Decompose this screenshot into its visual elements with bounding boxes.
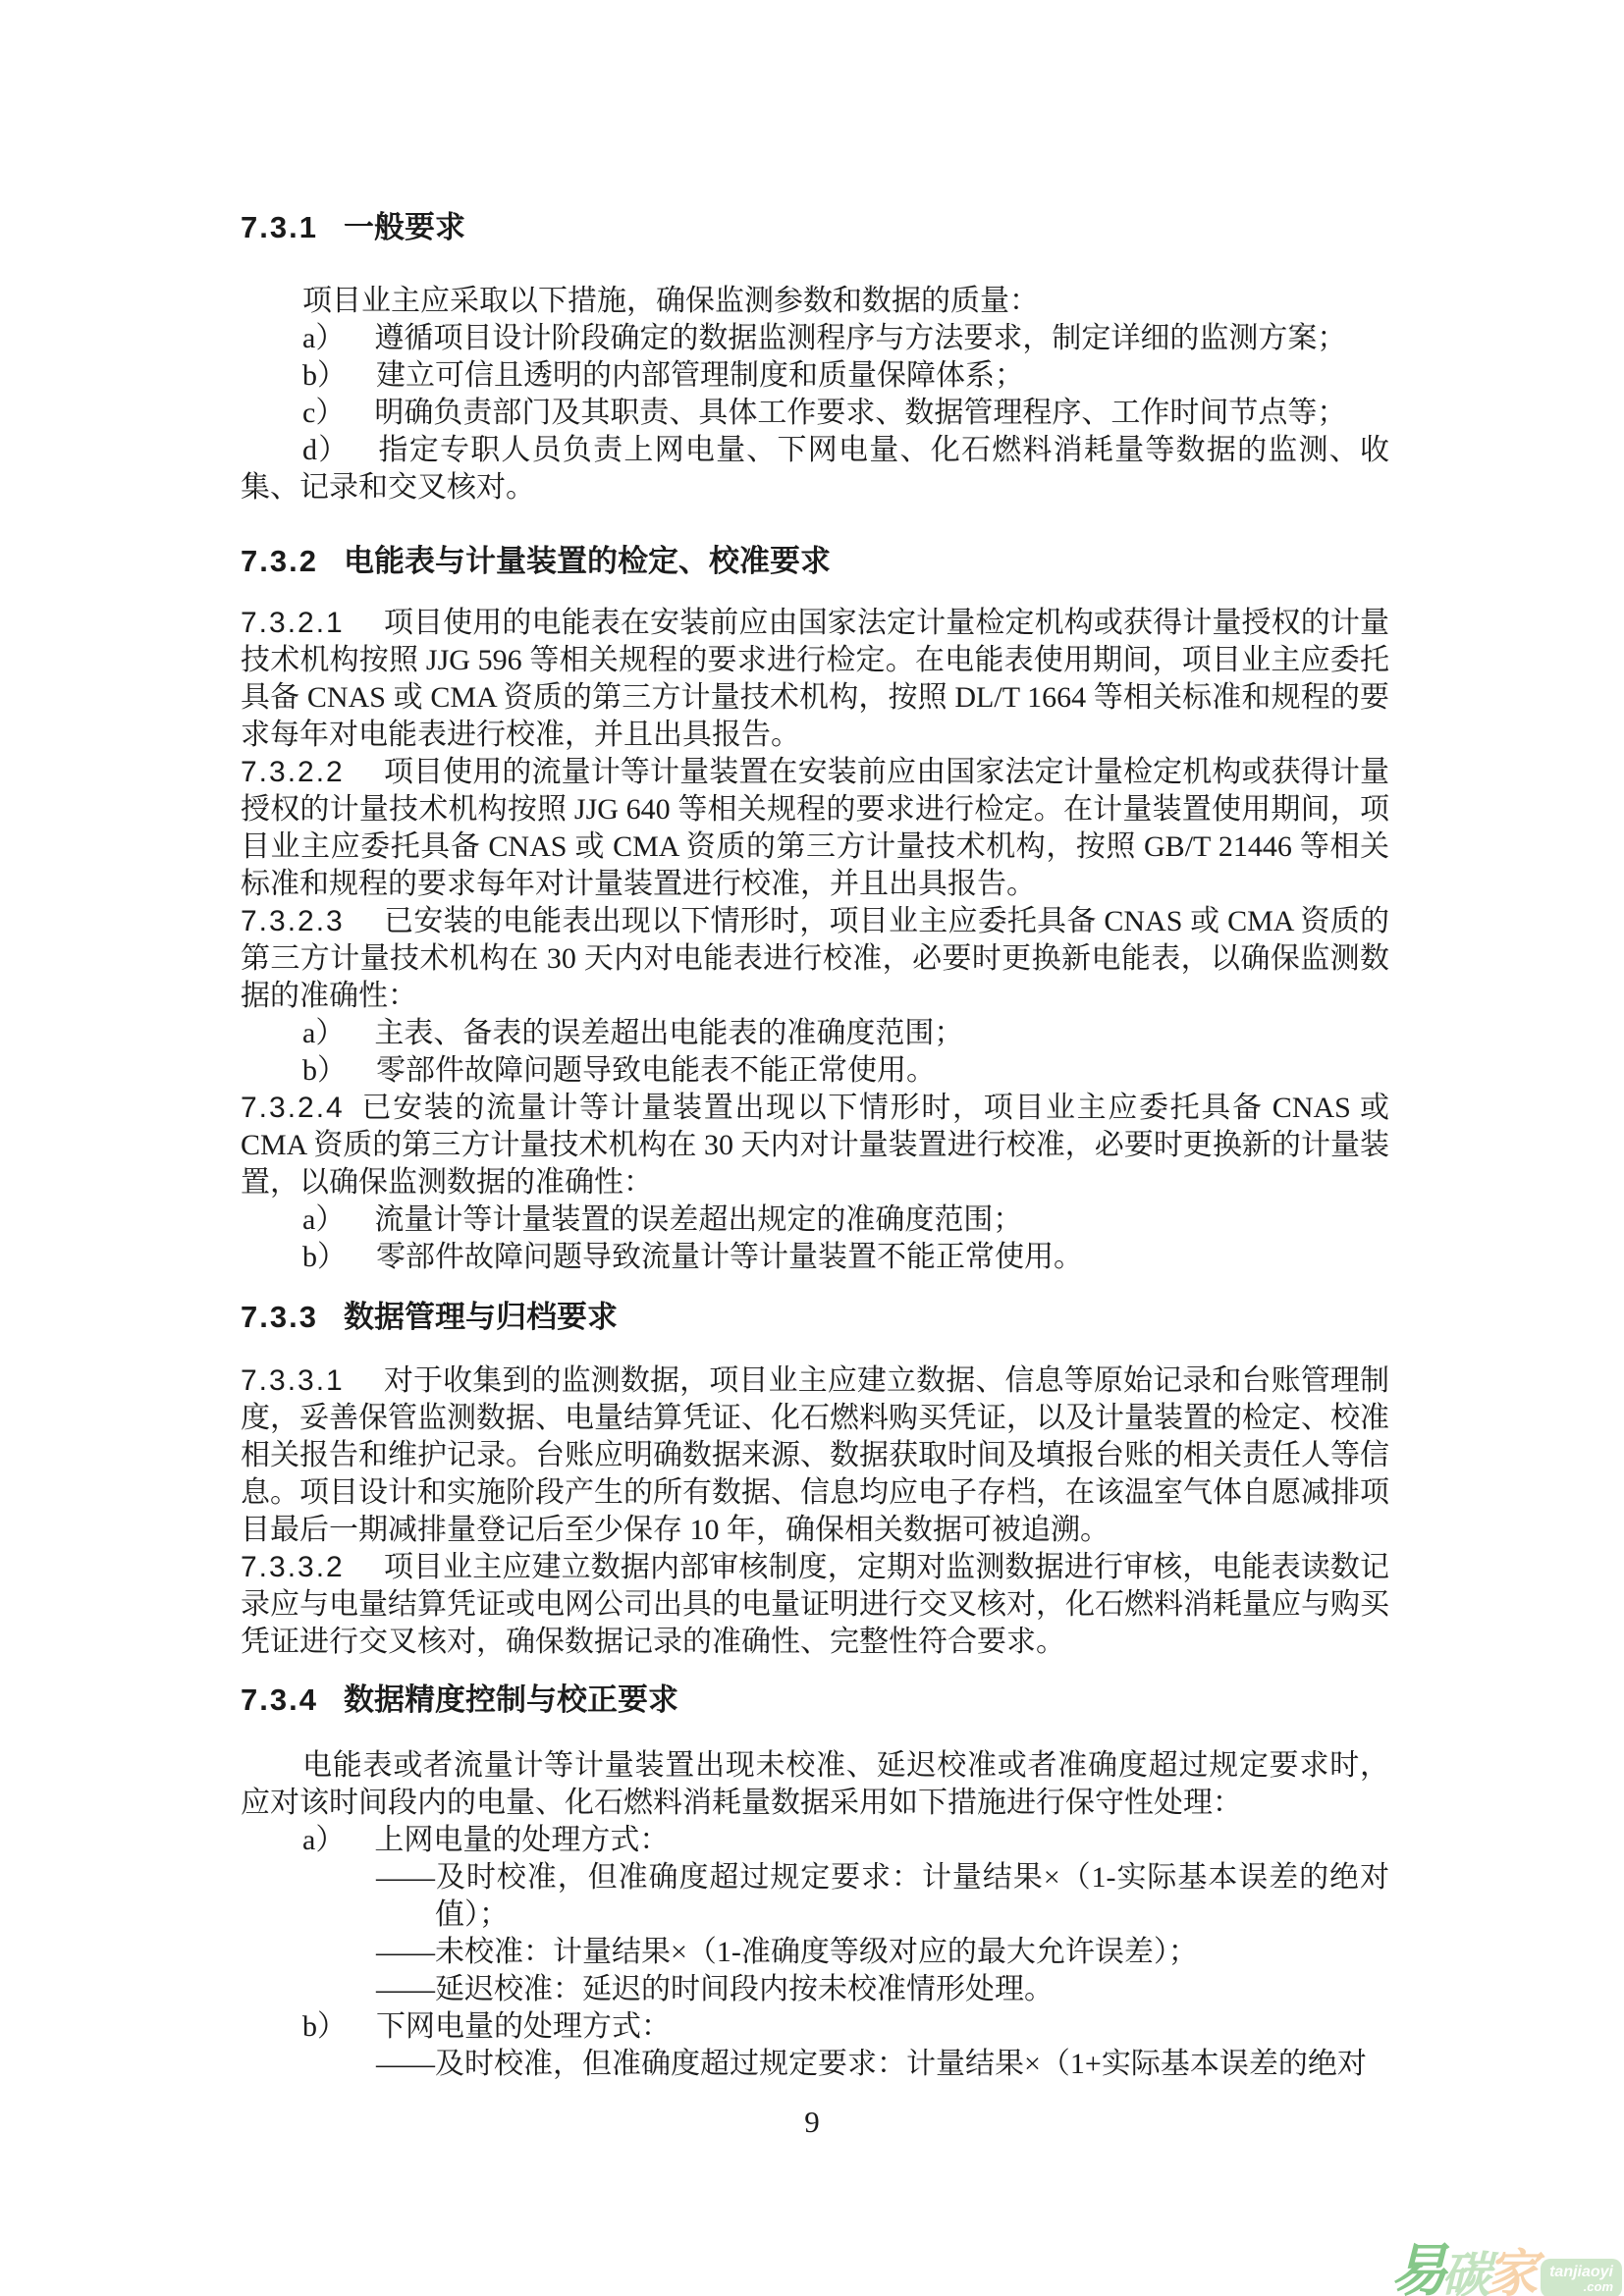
list-item-text: 零部件故障问题导致流量计等计量装置不能正常使用。 [376,1241,1083,1273]
list-item-b: b）建立可信且透明的内部管理制度和质量保障体系； [241,357,1389,395]
list-item-text: 上网电量的处理方式： [374,1824,669,1856]
heading-number: 7.3.4 [241,1682,318,1717]
heading-title: 电能表与计量装置的检定、校准要求 [344,544,831,578]
list-item-label: d） [302,434,349,466]
watermark-domain-badge: tanjiaoyi .com [1541,2259,1622,2296]
dash-item: ——及时校准，但准确度超过规定要求：计量结果×（1-实际基本误差的绝对值）； [376,1859,1389,1934]
list-item-label: b） [302,1054,347,1087]
list-item-label: a） [302,1203,345,1236]
list-item-b: b）零部件故障问题导致电能表不能正常使用。 [241,1052,1389,1090]
list-item-label: a） [302,1824,345,1856]
heading-number: 7.3.2 [241,544,318,578]
clause-number: 7.3.2.4 [241,1092,345,1124]
list-item-a: a）流量计等计量装置的误差超出规定的准确度范围； [241,1201,1389,1239]
heading-title: 一般要求 [344,210,465,244]
list-item-label: a） [302,322,345,354]
page-number: 9 [0,2104,1624,2141]
clause-number: 7.3.2.1 [241,607,345,639]
list-item-label: b） [302,1241,347,1273]
watermark-char-jia: 家 [1487,2249,1538,2296]
list-item-text: 明确负责部门及其职责、具体工作要求、数据管理程序、工作时间节点等； [374,397,1346,429]
heading-number: 7.3.3 [241,1300,318,1334]
list-item-d: d）指定专职人员负责上网电量、下网电量、化石燃料消耗量等数据的监测、收集、记录和… [241,432,1389,507]
list-item-label: c） [302,397,345,429]
heading-title: 数据精度控制与校正要求 [344,1682,678,1717]
section-heading: 7.3.4数据精度控制与校正要求 [241,1681,1389,1720]
watermark-tld-text: .com [1549,2280,1613,2294]
clause-7-3-3-1: 7.3.3.1对于收集到的监测数据，项目业主应建立数据、信息等原始记录和台账管理… [241,1362,1389,1549]
intro-paragraph: 电能表或者流量计等计量装置出现未校准、延迟校准或者准确度超过规定要求时，应对该时… [241,1747,1389,1822]
watermark-char-tan: 碳 [1441,2251,1490,2296]
clause-text: 已安装的流量计等计量装置出现以下情形时，项目业主应委托具备 CNAS 或 CMA… [241,1092,1389,1199]
section-7-3-4: 7.3.4数据精度控制与校正要求 电能表或者流量计等计量装置出现未校准、延迟校准… [241,1681,1389,2083]
section-7-3-2: 7.3.2电能表与计量装置的检定、校准要求 7.3.2.1项目使用的电能表在安装… [241,542,1389,1276]
watermark-logo: 易 碳 家 tanjiaoyi .com [1390,2243,1622,2296]
intro-paragraph: 项目业主应采取以下措施，确保监测参数和数据的质量： [241,283,1389,320]
clause-text: 对于收集到的监测数据，项目业主应建立数据、信息等原始记录和台账管理制度，妥善保管… [241,1364,1389,1546]
clause-7-3-2-2: 7.3.2.2项目使用的流量计等计量装置在安装前应由国家法定计量检定机构或获得计… [241,754,1389,903]
clause-number: 7.3.2.2 [241,756,345,788]
heading-number: 7.3.1 [241,210,318,244]
dash-item: ——及时校准，但准确度超过规定要求：计量结果×（1+实际基本误差的绝对 [376,2046,1389,2083]
list-item-text: 主表、备表的误差超出电能表的准确度范围； [374,1017,963,1049]
list-item-a: a）主表、备表的误差超出电能表的准确度范围； [241,1015,1389,1052]
list-item-label: b） [302,359,347,392]
watermark-char-yi: 易 [1390,2243,1447,2296]
clause-7-3-2-3: 7.3.2.3已安装的电能表出现以下情形时，项目业主应委托具备 CNAS 或 C… [241,903,1389,1015]
document-page: 7.3.1一般要求 项目业主应采取以下措施，确保监测参数和数据的质量： a）遵循… [0,0,1624,2296]
clause-7-3-2-1: 7.3.2.1项目使用的电能表在安装前应由国家法定计量检定机构或获得计量授权的计… [241,605,1389,754]
dash-item: ——未校准：计量结果×（1-准确度等级对应的最大允许误差）； [376,1934,1389,1971]
heading-title: 数据管理与归档要求 [344,1300,618,1334]
list-item-b: b）下网电量的处理方式： [241,2008,1389,2046]
clause-7-3-2-4: 7.3.2.4已安装的流量计等计量装置出现以下情形时，项目业主应委托具备 CNA… [241,1090,1389,1201]
list-item-text: 建立可信且透明的内部管理制度和质量保障体系； [376,359,1024,392]
list-item-a: a）上网电量的处理方式： [241,1822,1389,1859]
list-item-text: 流量计等计量装置的误差超出规定的准确度范围； [374,1203,1022,1236]
list-item-b: b）零部件故障问题导致流量计等计量装置不能正常使用。 [241,1239,1389,1276]
section-heading: 7.3.1一般要求 [241,208,1389,247]
list-item-text: 指定专职人员负责上网电量、下网电量、化石燃料消耗量等数据的监测、收集、记录和交叉… [241,434,1389,504]
list-item-a: a）遵循项目设计阶段确定的数据监测程序与方法要求，制定详细的监测方案； [241,320,1389,357]
list-item-label: a） [302,1017,345,1049]
clause-7-3-3-2: 7.3.3.2项目业主应建立数据内部审核制度，定期对监测数据进行审核，电能表读数… [241,1549,1389,1661]
section-7-3-3: 7.3.3数据管理与归档要求 7.3.3.1对于收集到的监测数据，项目业主应建立… [241,1298,1389,1661]
list-item-c: c）明确负责部门及其职责、具体工作要求、数据管理程序、工作时间节点等； [241,395,1389,432]
clause-text: 项目使用的电能表在安装前应由国家法定计量检定机构或获得计量授权的计量技术机构按照… [241,607,1389,751]
section-heading: 7.3.3数据管理与归档要求 [241,1298,1389,1337]
clause-text: 已安装的电能表出现以下情形时，项目业主应委托具备 CNAS 或 CMA 资质的第… [241,905,1389,1012]
section-7-3-1: 7.3.1一般要求 项目业主应采取以下措施，确保监测参数和数据的质量： a）遵循… [241,208,1389,507]
clause-number: 7.3.3.1 [241,1364,345,1397]
clause-number: 7.3.3.2 [241,1551,345,1583]
dash-item: ——延迟校准：延迟的时间段内按未校准情形处理。 [376,1971,1389,2008]
list-item-text: 下网电量的处理方式： [376,2010,671,2043]
section-heading: 7.3.2电能表与计量装置的检定、校准要求 [241,542,1389,581]
list-item-text: 遵循项目设计阶段确定的数据监测程序与方法要求，制定详细的监测方案； [374,322,1346,354]
document-content: 7.3.1一般要求 项目业主应采取以下措施，确保监测参数和数据的质量： a）遵循… [241,208,1389,2083]
list-item-text: 零部件故障问题导致电能表不能正常使用。 [376,1054,936,1087]
clause-text: 项目业主应建立数据内部审核制度，定期对监测数据进行审核，电能表读数记录应与电量结… [241,1551,1389,1658]
watermark-site-text: tanjiaoyi [1549,2264,1613,2280]
clause-text: 项目使用的流量计等计量装置在安装前应由国家法定计量检定机构或获得计量授权的计量技… [241,756,1389,900]
clause-number: 7.3.2.3 [241,905,345,937]
list-item-label: b） [302,2010,347,2043]
